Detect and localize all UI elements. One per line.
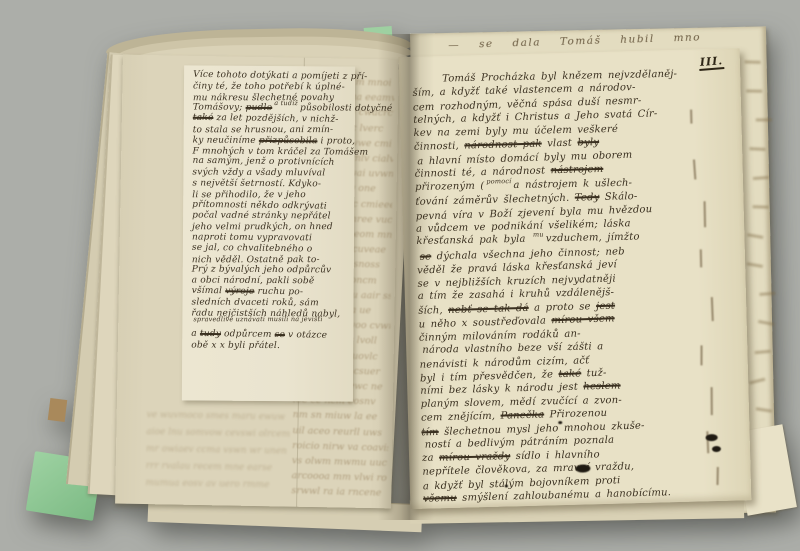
faint-show-through-line: srwwl ra ia rncene: [291, 484, 387, 502]
ink-blot: [712, 446, 721, 452]
margin-mark: [704, 201, 706, 227]
fore-edge-mark: [749, 378, 765, 385]
handwritten-line: s největší šetrností. Kdyko-: [192, 178, 392, 190]
handwritten-line: li se přihodilo, že v jeho: [192, 190, 392, 201]
fore-edge-mark: [755, 350, 771, 354]
ink-blot: [505, 484, 508, 487]
note-handwriting: Více tohoto dotýkati a pomíjeti z pří-či…: [191, 70, 392, 352]
fore-edge-mark: [747, 262, 763, 268]
fore-edge-mark: [747, 233, 763, 239]
handwritten-line: činy té, že toho potřebí k úplné-: [193, 81, 393, 93]
handwritten-line: přítomnosti někdo odkrývati: [192, 199, 392, 213]
header-text-fragment: — se dala Tomáš hubil mno: [448, 31, 701, 51]
margin-mark: [690, 110, 692, 124]
faint-show-through-line: mumua eosv av uero rmme: [145, 475, 295, 495]
fore-edge-mark: [758, 320, 774, 326]
margin-mark: [700, 345, 702, 365]
handwritten-line: nich věděl. Ostatně pak to-: [192, 255, 392, 266]
margin-mark: [711, 387, 713, 415]
fore-edge-mark: [745, 60, 761, 64]
fore-edge-mark: [746, 89, 762, 92]
inserted-note-sheet: Více tohoto dotýkati a pomíjeti z pří-či…: [182, 65, 355, 401]
margin-mark: [693, 159, 696, 179]
chapter-number-label: III.: [698, 54, 724, 71]
fore-edge-mark: [756, 118, 772, 121]
fore-edge-mark: [756, 407, 772, 412]
ink-blot: [706, 434, 718, 441]
margin-mark: [711, 297, 714, 321]
leather-tab-edge: [48, 398, 68, 422]
fore-edge-text-marks: [410, 26, 766, 33]
handwritten-line: to stala se hrusnou, ani zmín-: [193, 125, 393, 136]
right-page-handwriting: Tomáš Procházka byl knězem nejvzdělaněj-…: [412, 67, 688, 506]
manuscript-photo: — se dala Tomáš hubil mno wslos inluulm …: [0, 0, 800, 551]
open-manuscript-book: — se dala Tomáš hubil mno wslos inluulm …: [0, 0, 800, 551]
handwritten-line: se jal, co chvalitebného o: [192, 243, 392, 257]
margin-mark: [700, 249, 702, 267]
right-page: III. Tomáš Procházka byl knězem nejvzděl…: [399, 48, 752, 509]
fore-edge-mark: [759, 292, 775, 296]
fore-edge-mark: [749, 147, 765, 151]
fore-edge-mark: [753, 176, 769, 180]
handwritten-line: jeho velmi prudkých, on hned: [192, 222, 392, 233]
fore-edge-mark: [753, 205, 769, 209]
handwritten-line: obě x x byli přátel.: [191, 340, 391, 352]
show-through-text-bottom: ve wuvmoco smes maru ewuw aioe lnu somvo…: [145, 407, 296, 495]
margin-mark: [717, 467, 719, 485]
